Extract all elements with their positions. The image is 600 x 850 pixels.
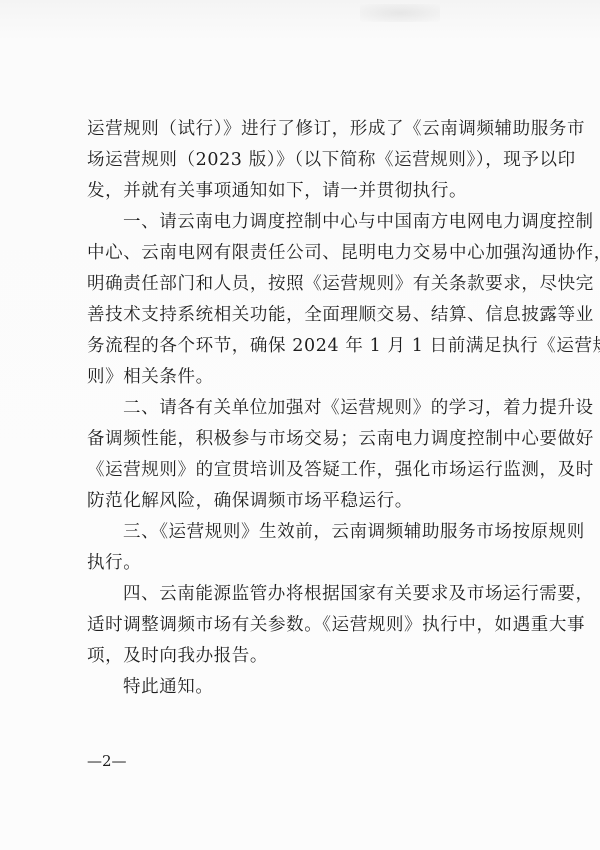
closing-line: 特此通知。 [87, 672, 527, 703]
text-line: 一、请云南电力调度控制中心与中国南方电网电力调度控制 [87, 207, 527, 238]
document-body: 运营规则（试行）》进行了修订，形成了《云南调频辅助服务市 场运营规则（2023 … [87, 114, 527, 703]
paragraph-item-4: 四、云南能源监管办将根据国家有关要求及市场运行需要， 适时调整调频市场有关参数。… [87, 579, 527, 672]
text-line: 场运营规则（2023 版）》（以下简称《运营规则》），现予以印 [87, 145, 527, 176]
paragraph-closing: 特此通知。 [87, 672, 527, 703]
text-line: 善技术支持系统相关功能，全面理顺交易、结算、信息披露等业 [87, 300, 527, 331]
paragraph-item-2: 二、请各有关单位加强对《运营规则》的学习，着力提升设 备调频性能，积极参与市场交… [87, 393, 527, 517]
text-line: 运营规则（试行）》进行了修订，形成了《云南调频辅助服务市 [87, 114, 527, 145]
text-line: 中心、云南电网有限责任公司、昆明电力交易中心加强沟通协作， [87, 238, 527, 269]
scan-artifact [360, 4, 440, 22]
text-line: 四、云南能源监管办将根据国家有关要求及市场运行需要， [87, 579, 527, 610]
text-line: 发，并就有关事项通知如下，请一并贯彻执行。 [87, 176, 527, 207]
text-line: 明确责任部门和人员，按照《运营规则》有关条款要求，尽快完 [87, 269, 527, 300]
paragraph-item-3: 三、《运营规则》生效前，云南调频辅助服务市场按原规则 执行。 [87, 517, 527, 579]
text-line: 防范化解风险，确保调频市场平稳运行。 [87, 486, 527, 517]
document-page: 运营规则（试行）》进行了修订，形成了《云南调频辅助服务市 场运营规则（2023 … [0, 0, 600, 850]
page-number: —2— [87, 752, 127, 770]
text-line: 《运营规则》的宣贯培训及答疑工作，强化市场运行监测，及时 [87, 455, 527, 486]
text-line: 项，及时向我办报告。 [87, 641, 527, 672]
text-line: 二、请各有关单位加强对《运营规则》的学习，着力提升设 [87, 393, 527, 424]
text-line: 务流程的各个环节，确保 2024 年 1 月 1 日前满足执行《运营规 [87, 331, 527, 362]
text-line: 备调频性能，积极参与市场交易；云南电力调度控制中心要做好 [87, 424, 527, 455]
text-line: 则》相关条件。 [87, 362, 527, 393]
paragraph-item-1: 一、请云南电力调度控制中心与中国南方电网电力调度控制 中心、云南电网有限责任公司… [87, 207, 527, 393]
paragraph-intro: 运营规则（试行）》进行了修订，形成了《云南调频辅助服务市 场运营规则（2023 … [87, 114, 527, 207]
text-line: 适时调整调频市场有关参数。《运营规则》执行中，如遇重大事 [87, 610, 527, 641]
text-line: 执行。 [87, 548, 527, 579]
text-line: 三、《运营规则》生效前，云南调频辅助服务市场按原规则 [87, 517, 527, 548]
